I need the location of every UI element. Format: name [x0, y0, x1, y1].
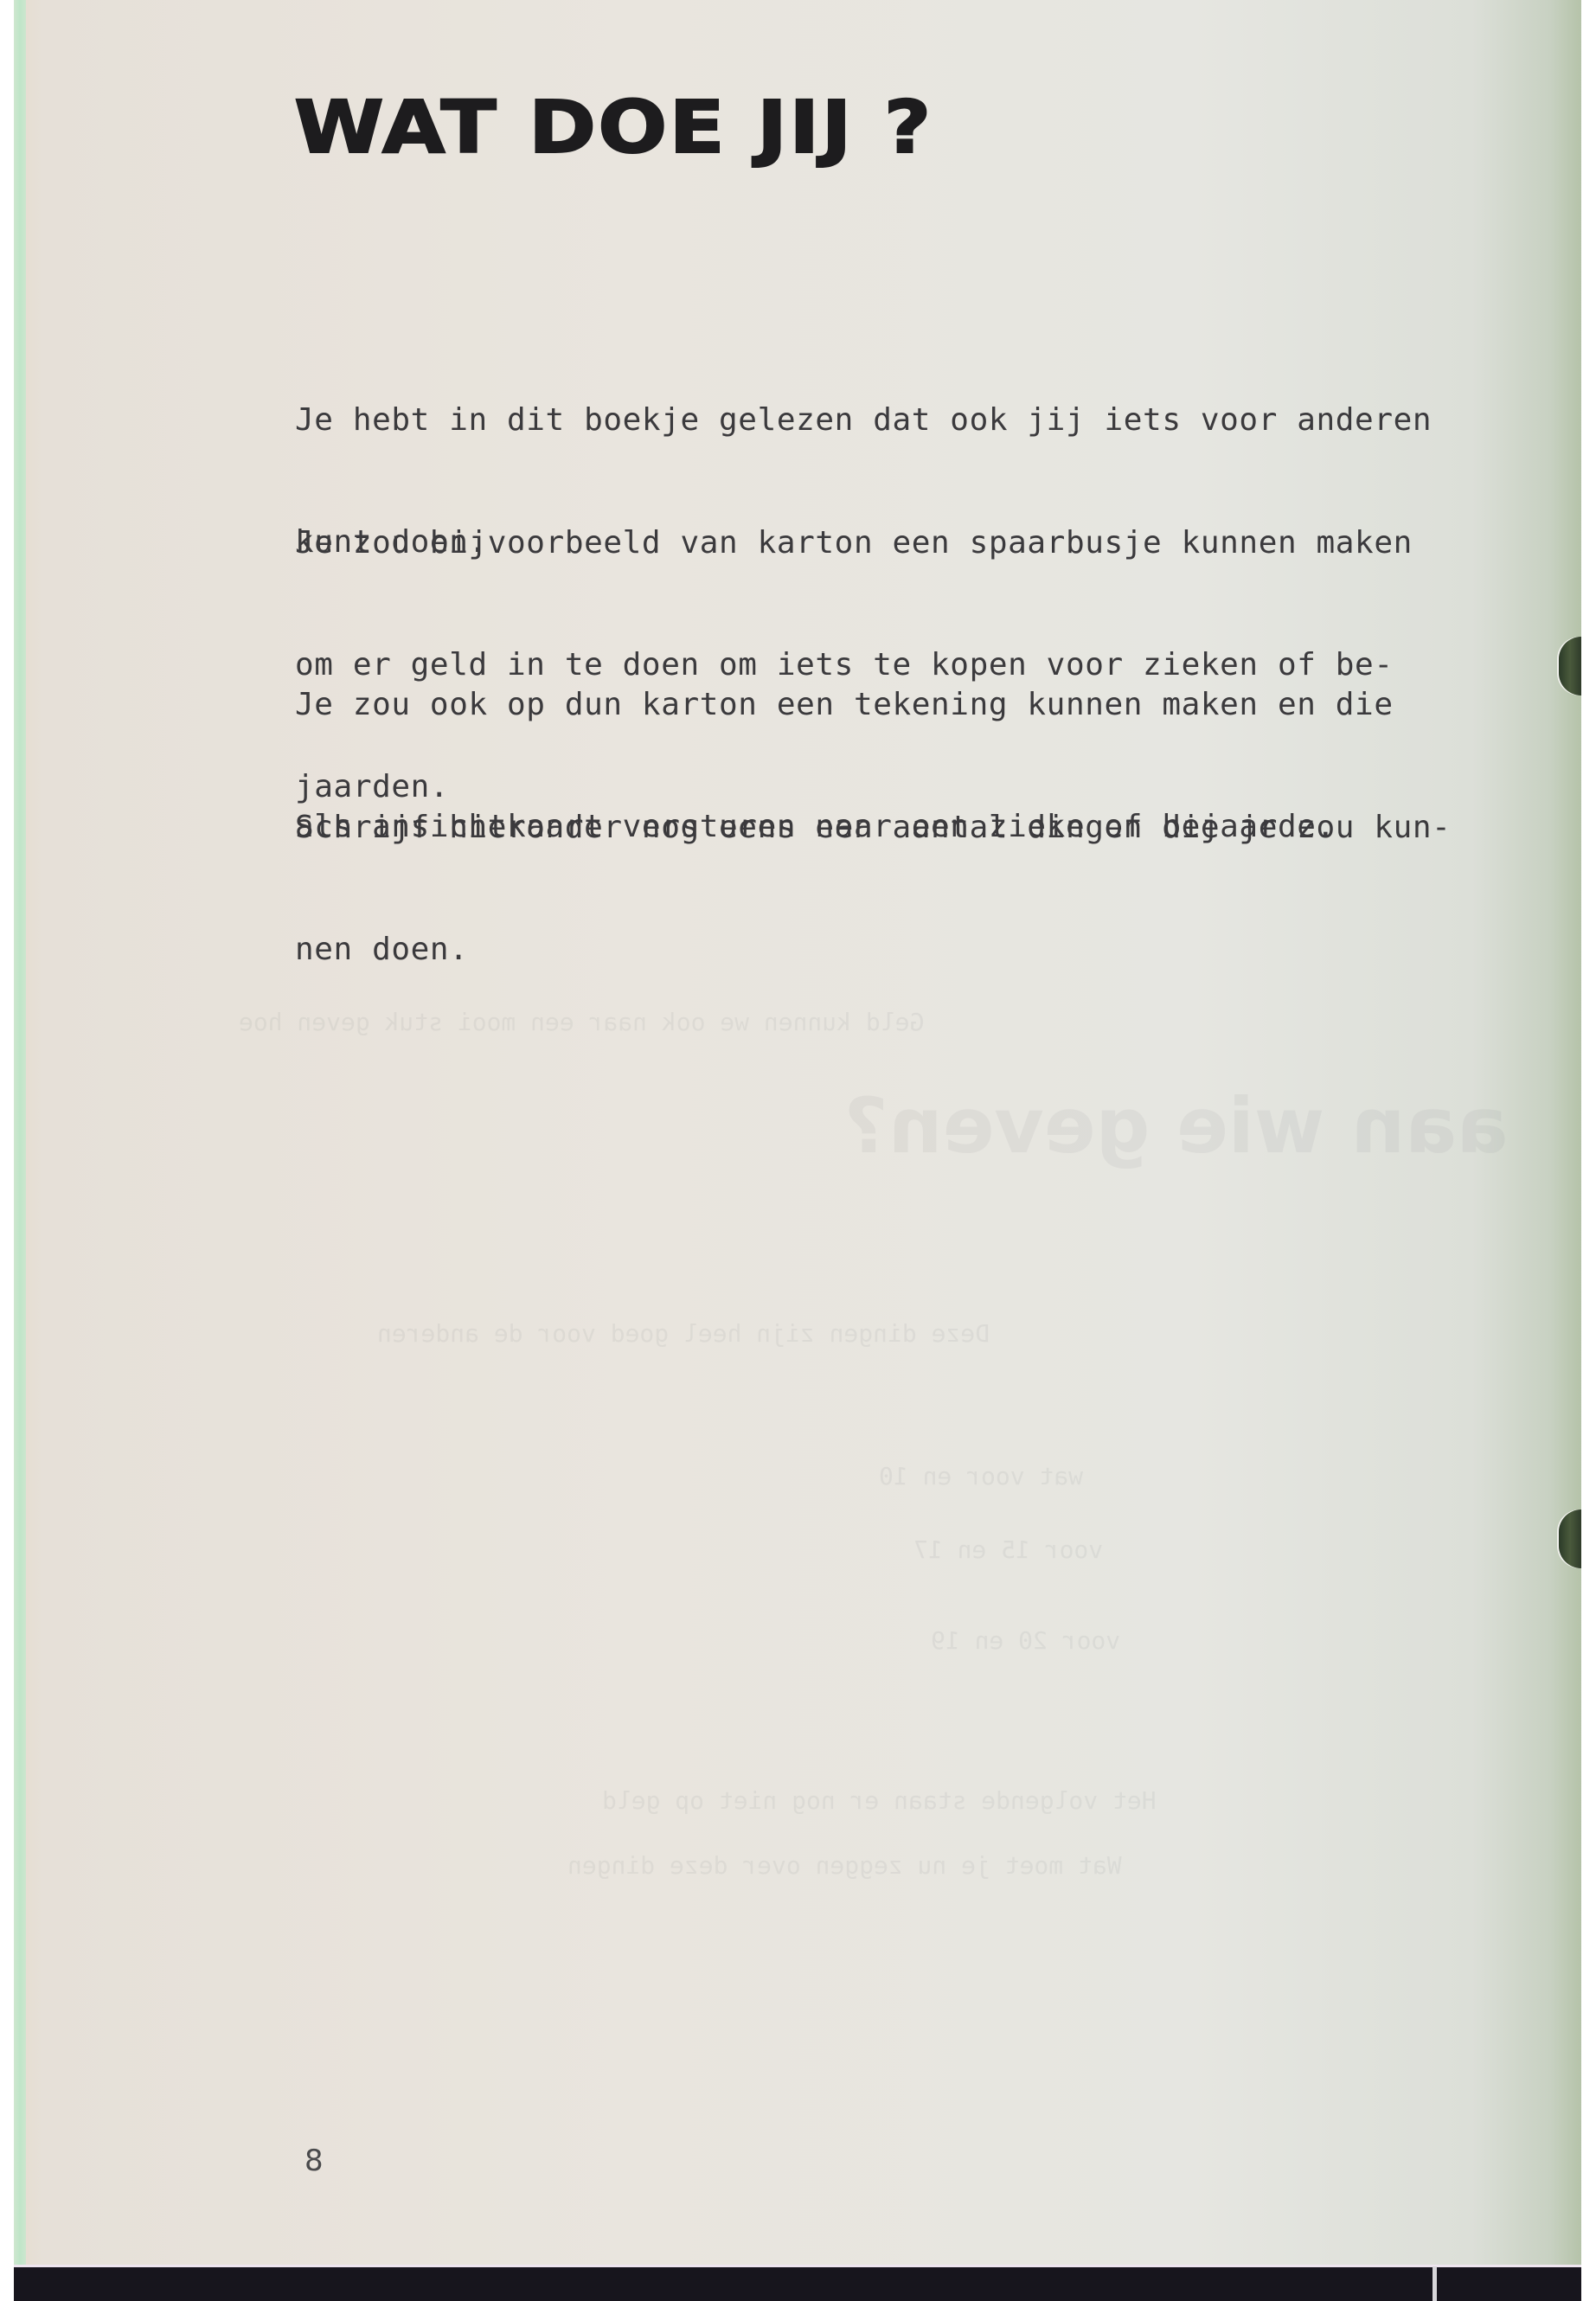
text-line: Je zou ook op dun karton een tekening ku… [295, 684, 1532, 725]
show-through-text: Deze dingen zijn heel goed voor de ander… [377, 1319, 990, 1348]
show-through-text: voor 20 en 19 [931, 1626, 1120, 1655]
show-through-text: Wat moet je nu zeggen over deze dingen [567, 1851, 1122, 1880]
page-number: 8 [304, 2144, 324, 2178]
scan-mark [1433, 2266, 1437, 2301]
binding-edge [14, 0, 26, 2265]
scan-bottom-band [14, 2265, 1581, 2301]
text-line: Je hebt in dit boekje gelezen dat ook ji… [295, 400, 1532, 440]
show-through-text: Geld kunnen we ook naar een mooi stuk ge… [239, 1008, 924, 1036]
show-through-text: voor 15 en 17 [913, 1535, 1103, 1564]
text-line: Je zou bijvoorbeeld van karton een spaar… [295, 522, 1532, 563]
paragraph-4: Schrijf hieronder nog eens een aantal di… [295, 726, 1532, 1010]
show-through-heading: aan wie geven? [844, 1081, 1508, 1170]
text-line: nen doen. [295, 929, 1532, 970]
text-line: Schrijf hieronder nog eens een aantal di… [295, 807, 1532, 848]
show-through-text: wat voor en 10 [879, 1462, 1083, 1490]
binding-shadow [26, 0, 43, 2265]
show-through-text: Het volgende staan er nog niet op geld [602, 1786, 1157, 1815]
page-title: WAT DOE JIJ ? [294, 85, 933, 170]
